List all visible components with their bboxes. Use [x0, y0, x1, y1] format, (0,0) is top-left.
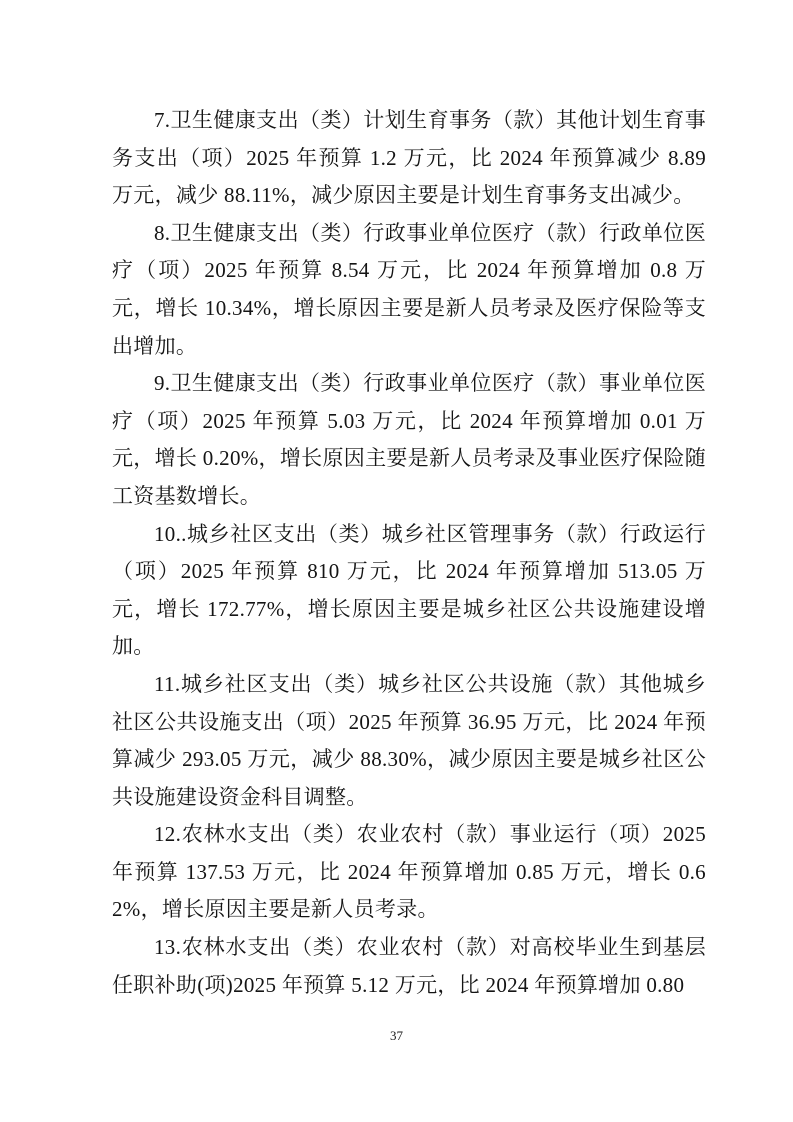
- paragraph-item-10: 10..城乡社区支出（类）城乡社区管理事务（款）行政运行（项）2025 年预算 …: [112, 516, 706, 666]
- document-body-text: 7.卫生健康支出（类）计划生育事务（款）其他计划生育事务支出（项）2025 年预…: [112, 102, 706, 1004]
- document-page: 7.卫生健康支出（类）计划生育事务（款）其他计划生育事务支出（项）2025 年预…: [0, 0, 793, 1122]
- paragraph-item-12: 12.农林水支出（类）农业农村（款）事业运行（项）2025 年预算 137.53…: [112, 816, 706, 929]
- paragraph-item-9: 9.卫生健康支出（类）行政事业单位医疗（款）事业单位医疗（项）2025 年预算 …: [112, 365, 706, 515]
- paragraph-item-11: 11.城乡社区支出（类）城乡社区公共设施（款）其他城乡社区公共设施支出（项）20…: [112, 666, 706, 816]
- paragraph-item-8: 8.卫生健康支出（类）行政事业单位医疗（款）行政单位医疗（项）2025 年预算 …: [112, 215, 706, 365]
- page-number: 37: [0, 1028, 793, 1044]
- paragraph-item-13: 13.农林水支出（类）农业农村（款）对高校毕业生到基层任职补助(项)2025 年…: [112, 929, 706, 1004]
- paragraph-item-7: 7.卫生健康支出（类）计划生育事务（款）其他计划生育事务支出（项）2025 年预…: [112, 102, 706, 215]
